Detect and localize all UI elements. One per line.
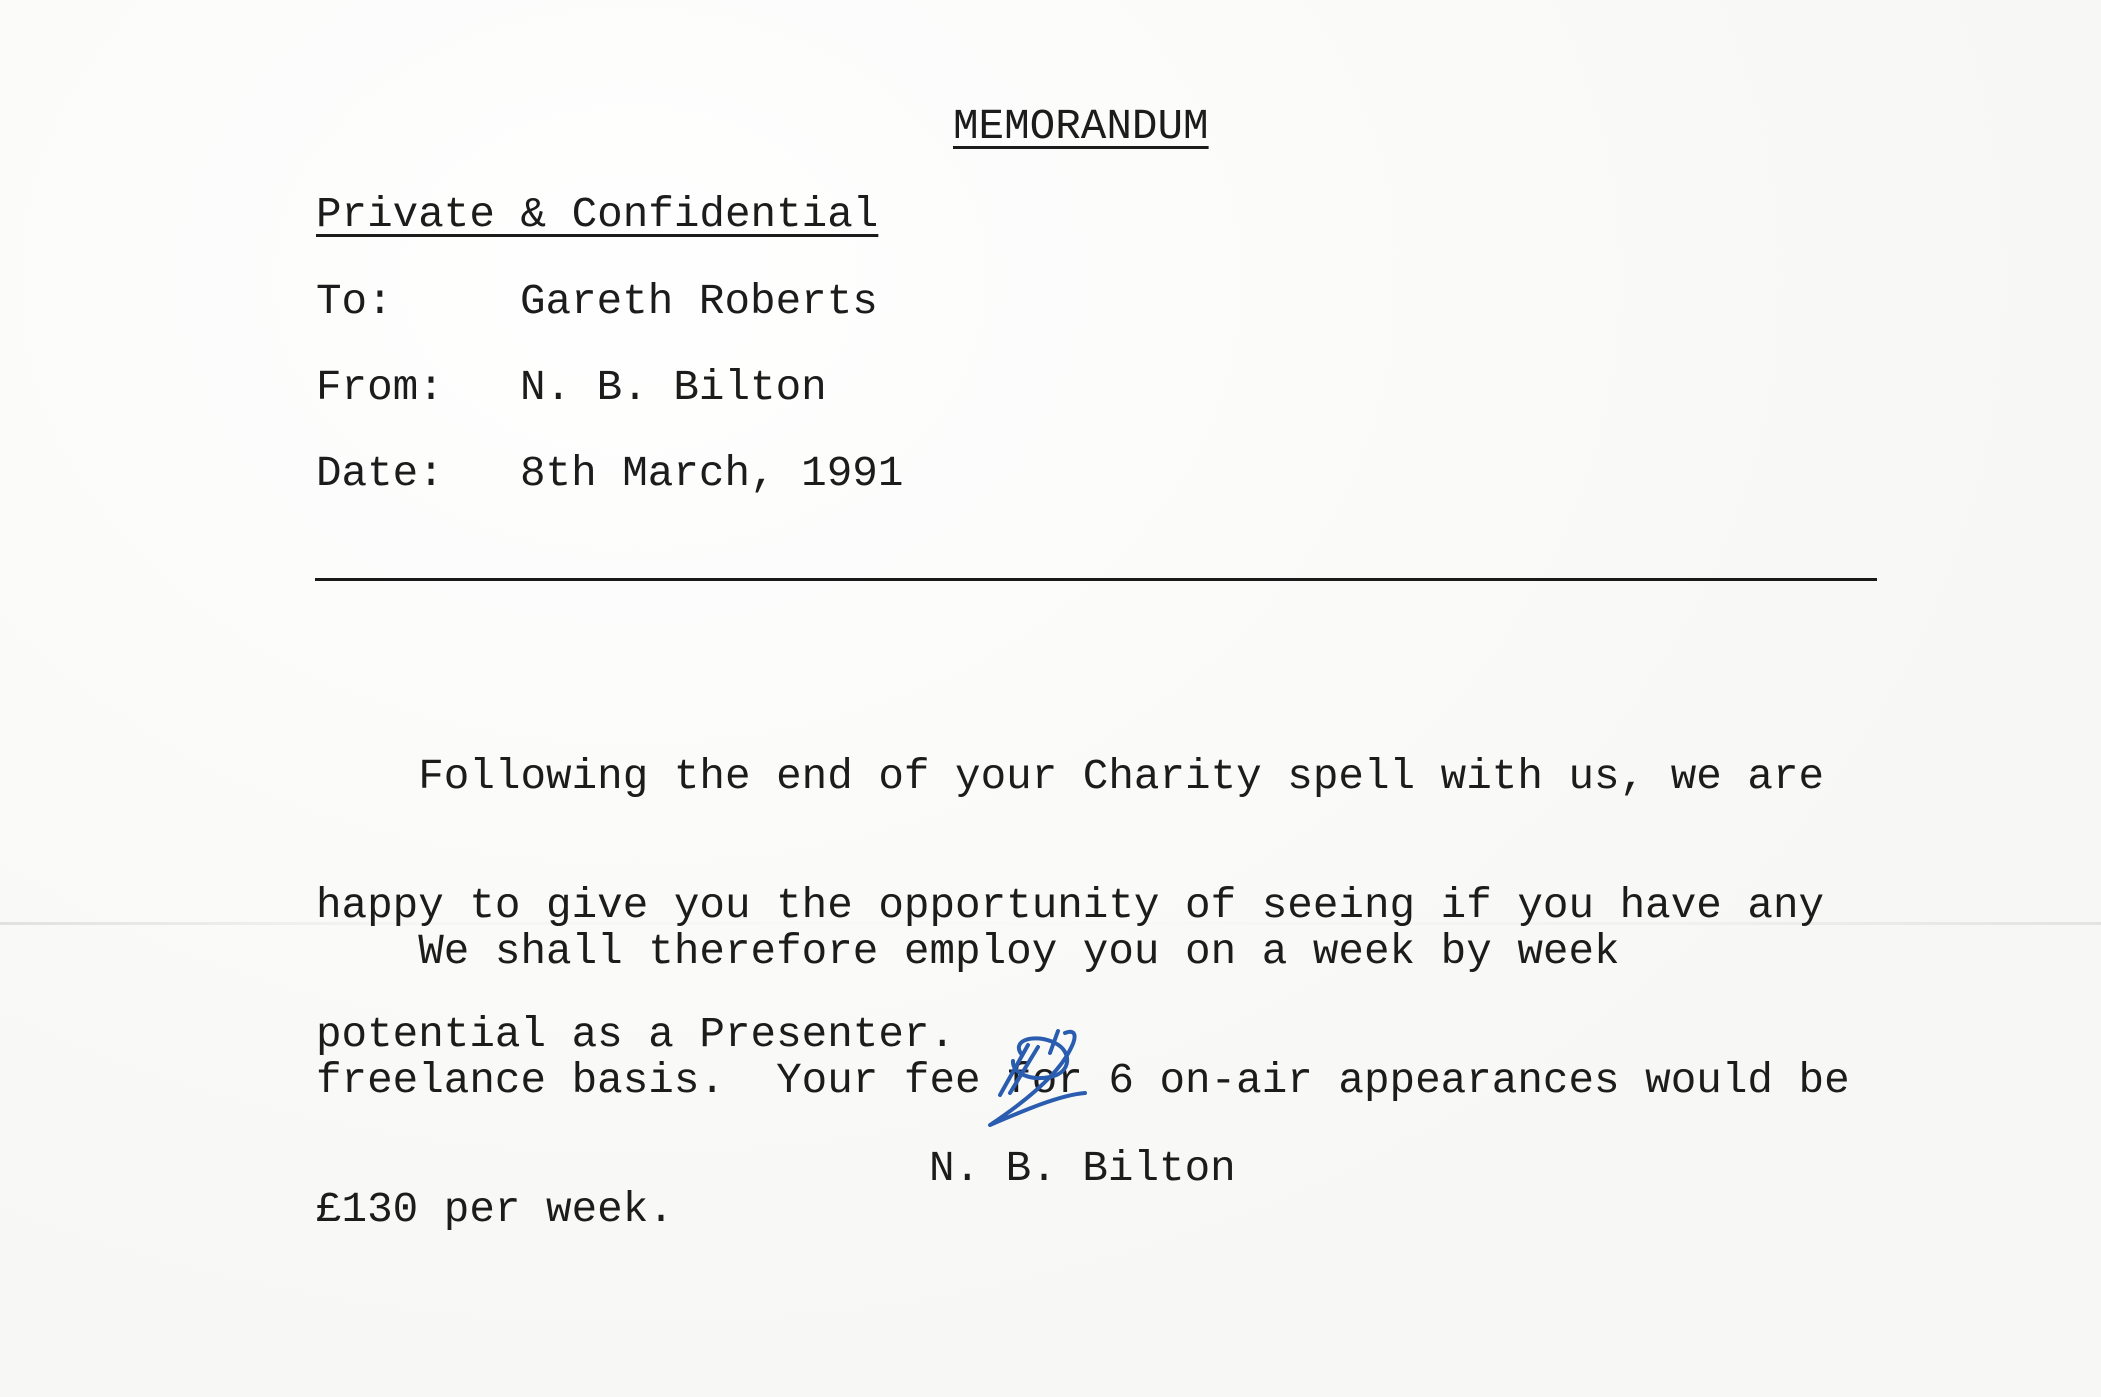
paragraph-line: We shall therefore employ you on a week …	[316, 931, 1850, 974]
paragraph-line: £130 per week.	[316, 1189, 1850, 1232]
from-label: From:	[316, 367, 444, 410]
classification-heading: Private & Confidential	[316, 194, 878, 237]
date-value: 8th March, 1991	[520, 453, 903, 496]
from-value: N. B. Bilton	[520, 367, 827, 410]
to-value: Gareth Roberts	[520, 281, 878, 324]
signature-icon	[980, 1025, 1110, 1135]
header-divider	[315, 578, 1877, 581]
paragraph-line: Following the end of your Charity spell …	[316, 756, 1824, 799]
signatory-name: N. B. Bilton	[929, 1148, 1236, 1191]
to-label: To:	[316, 281, 393, 324]
memo-title: MEMORANDUM	[953, 106, 1209, 149]
date-label: Date:	[316, 453, 444, 496]
